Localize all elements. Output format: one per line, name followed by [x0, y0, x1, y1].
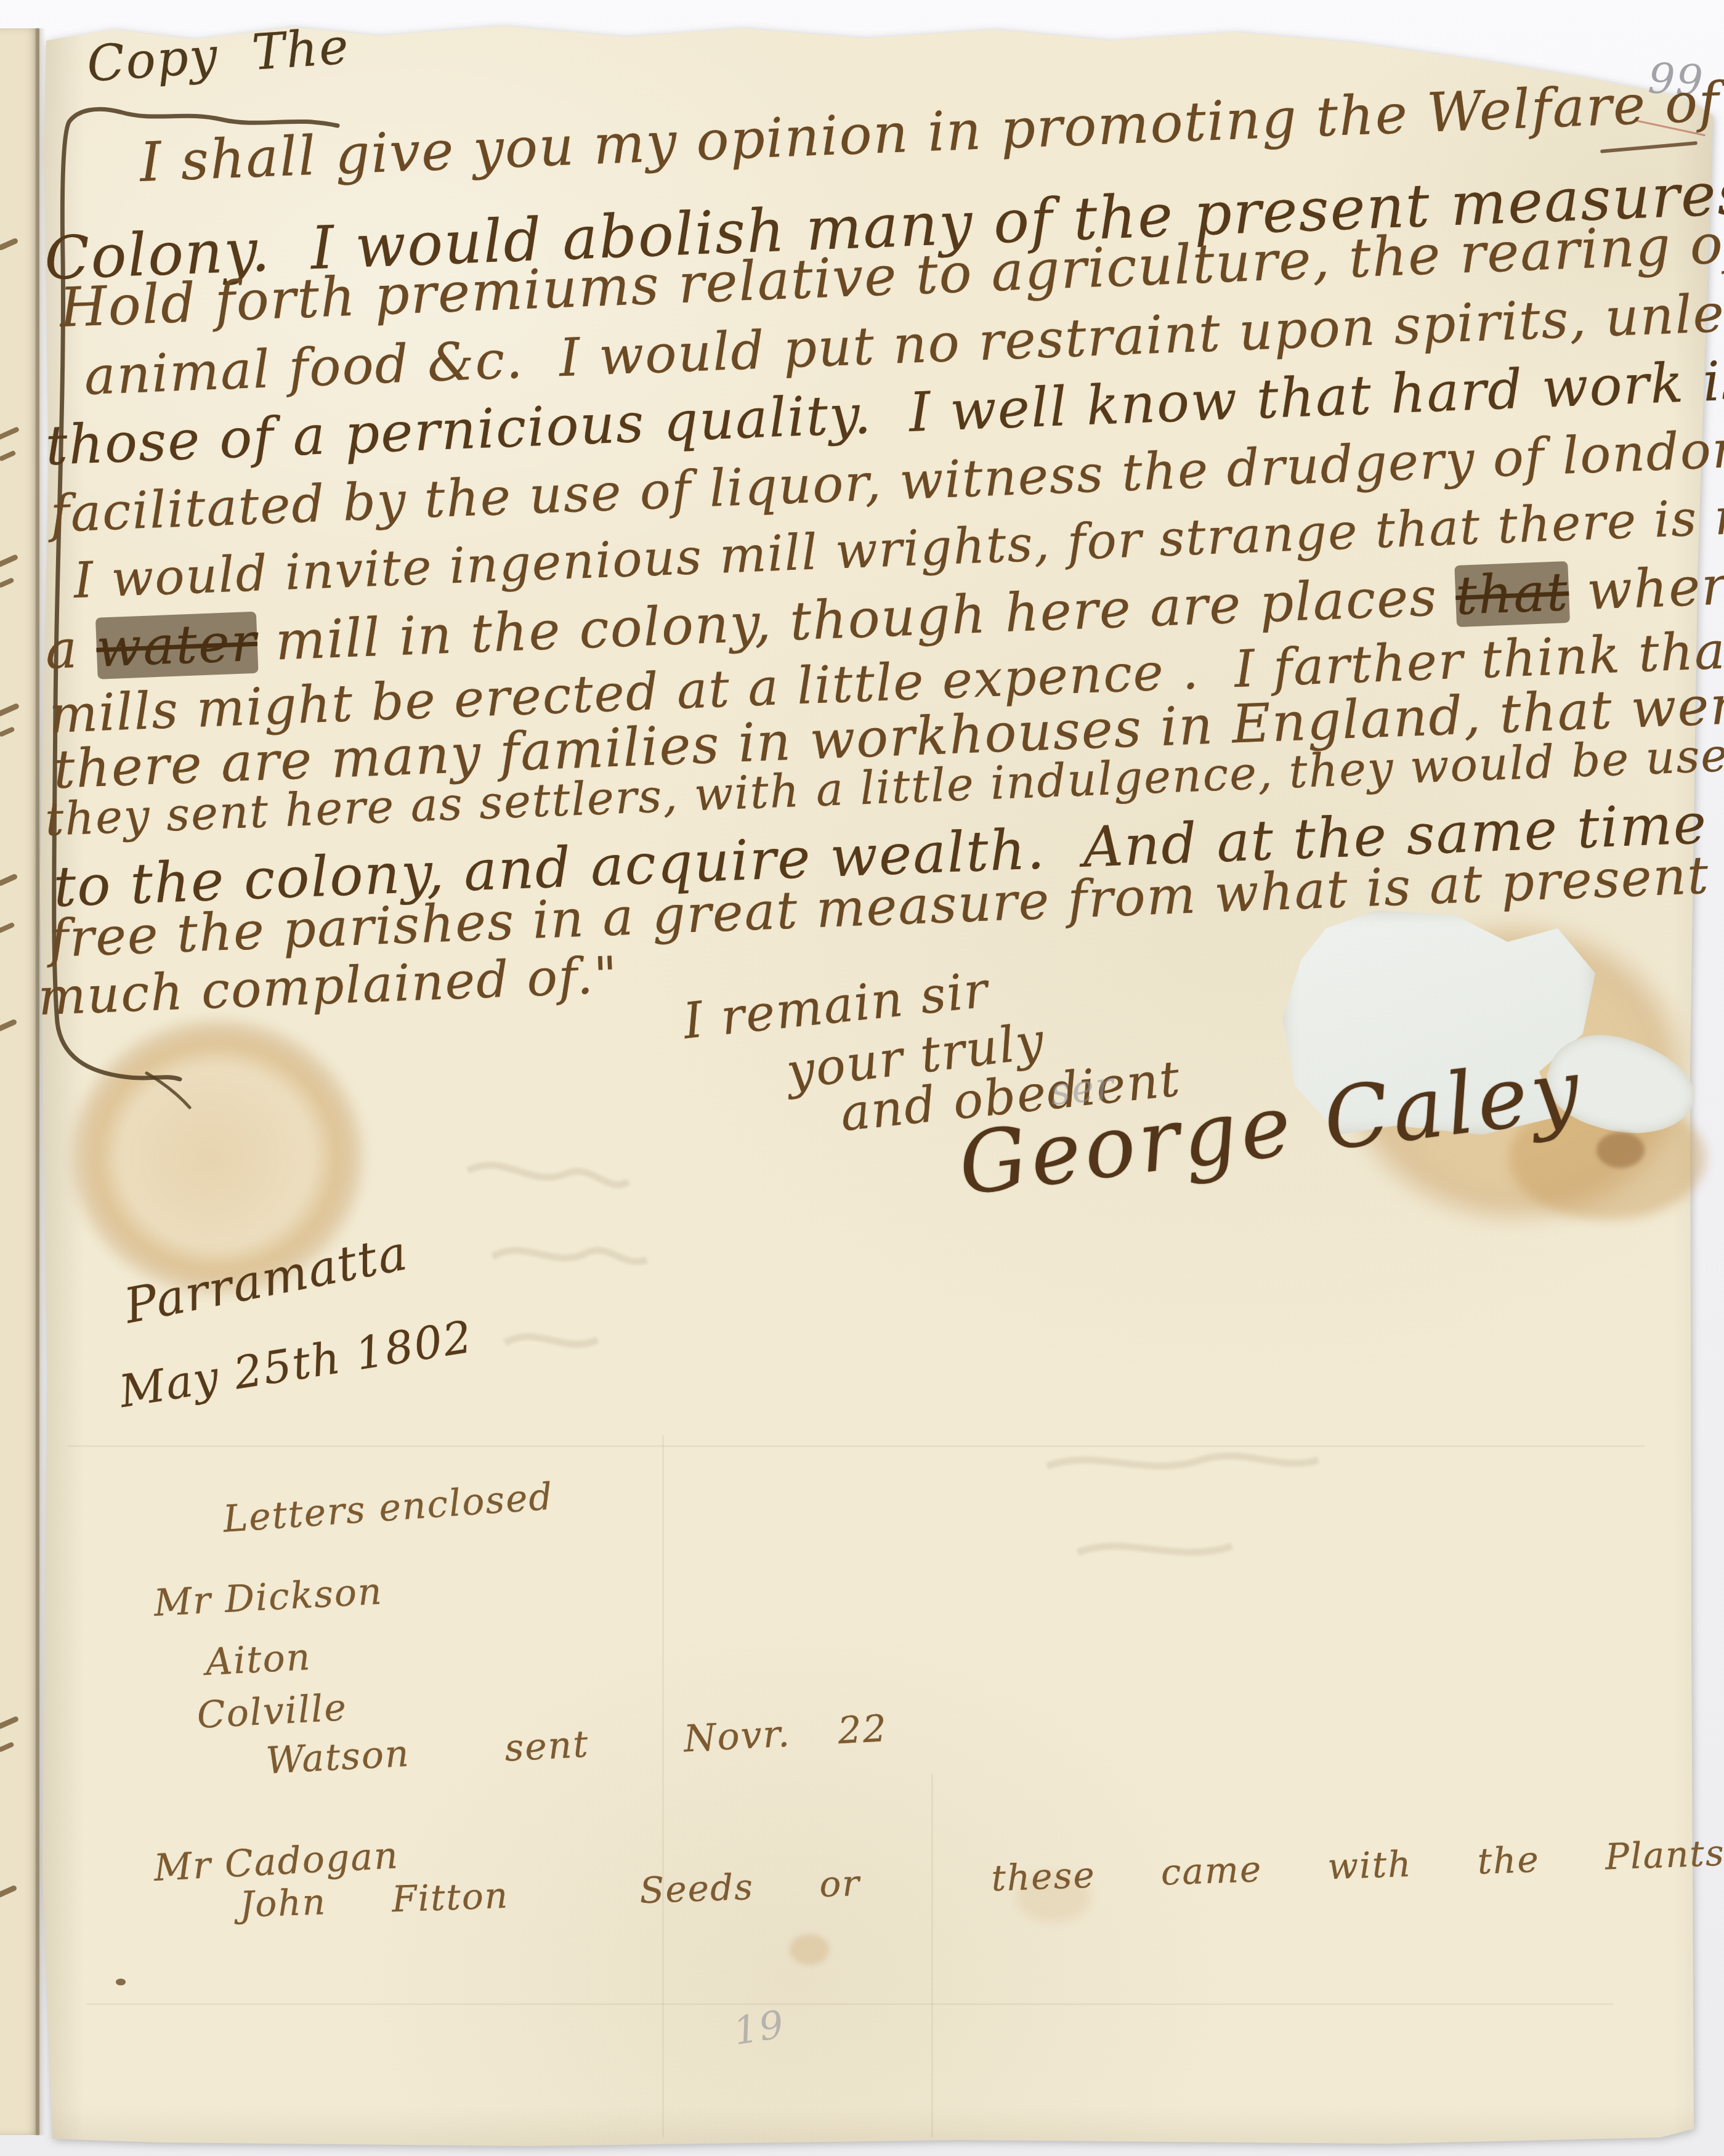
- scanned-letter-page: { "colors":{"ink_brown":"#6b4a24","ink_d…: [0, 0, 1724, 2156]
- struck-word-water: water: [95, 612, 259, 679]
- body-line-8-pre: a: [44, 618, 97, 681]
- pencil-number-19: 19: [730, 2001, 788, 2054]
- memo-entry-colville: Colville: [196, 1686, 349, 1737]
- body-line-8-post: where: [1568, 554, 1724, 623]
- ink-layer: Copy The 99 I shall give you my opinion …: [0, 0, 1724, 2156]
- memo-entry-aiton: Aiton: [204, 1635, 312, 1684]
- struck-word-that: that: [1454, 561, 1569, 627]
